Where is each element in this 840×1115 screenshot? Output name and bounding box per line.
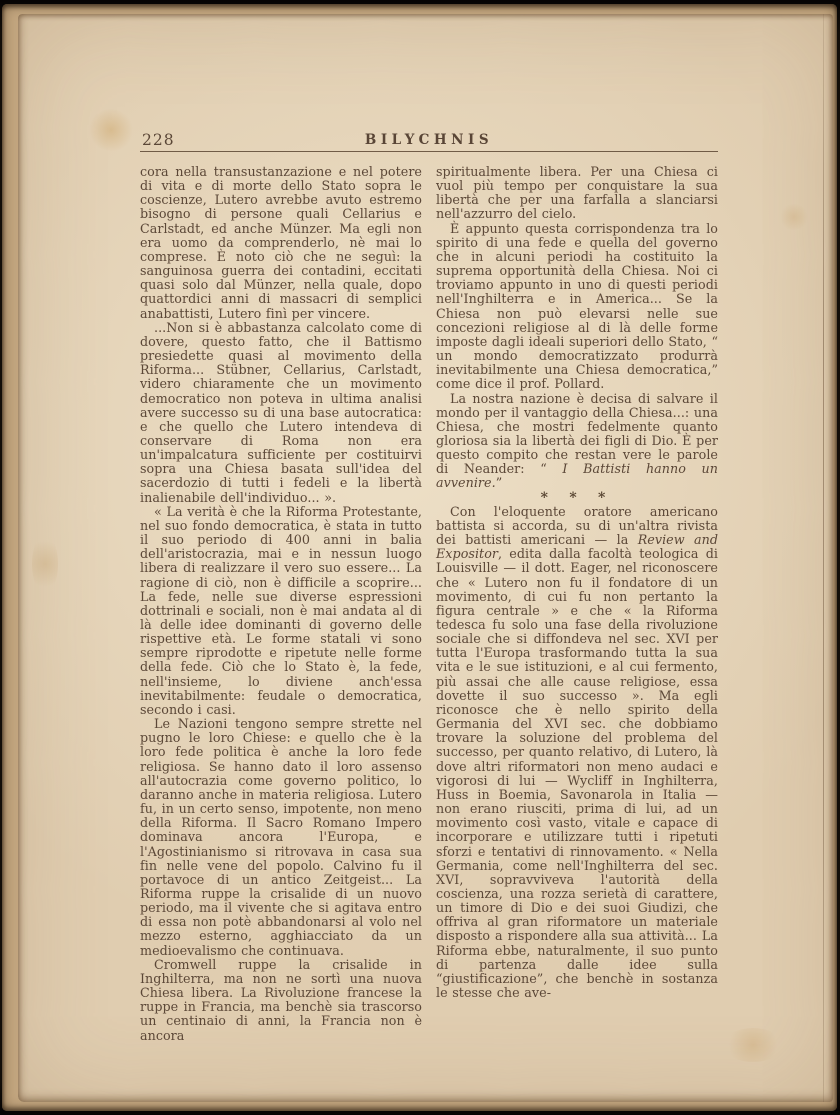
paragraph-text: , edita dalla facoltà teologica di Louis… <box>436 546 718 1000</box>
text-columns: cora nella transustanzazione e nel poter… <box>140 165 718 1043</box>
page-content: 228 BILYCHNIS cora nella transustanzazio… <box>140 14 718 1043</box>
journal-title: BILYCHNIS <box>140 132 718 148</box>
paragraph: cora nella transustanzazione e nel poter… <box>140 165 422 321</box>
book-photo-background: 228 BILYCHNIS cora nella transustanzazio… <box>0 0 840 1115</box>
left-column: cora nella transustanzazione e nel poter… <box>140 165 422 1043</box>
page-stain <box>88 109 134 151</box>
paragraph: ...Non si è abbastanza calcolato come di… <box>140 321 422 505</box>
page-edge-crease <box>823 14 824 1102</box>
page-stain <box>32 534 58 594</box>
book-page: 228 BILYCHNIS cora nella transustanzazio… <box>18 14 833 1102</box>
section-separator: * * * <box>436 491 718 505</box>
running-header: 228 BILYCHNIS <box>140 127 718 149</box>
page-stain <box>723 1028 783 1062</box>
paragraph: spiritualmente libera. Per una Chiesa ci… <box>436 165 718 222</box>
paragraph: Le Nazioni tengono sempre strette nel pu… <box>140 717 422 958</box>
paragraph: Con l'eloquente oratore americano battis… <box>436 505 718 1000</box>
paragraph: « La verità è che la Riforma Protestante… <box>140 505 422 717</box>
paragraph-text: ” <box>496 475 503 490</box>
paragraph: Cromwell ruppe la crisalide in Inghilter… <box>140 958 422 1043</box>
paragraph: La nostra nazione è decisa di salvare il… <box>436 392 718 491</box>
header-rule <box>140 151 718 152</box>
right-column: spiritualmente libera. Per una Chiesa ci… <box>436 165 718 1043</box>
page-stain <box>779 204 809 230</box>
paragraph: È appunto questa corrispondenza tra lo s… <box>436 222 718 392</box>
